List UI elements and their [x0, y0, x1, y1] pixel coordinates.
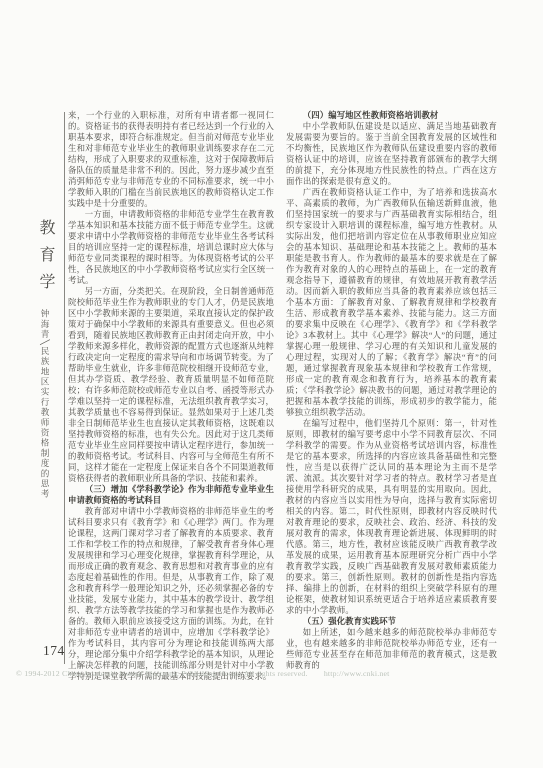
paragraph: 教育部对申请中小学教师资格的非师范毕业生的考试科目要求只有《教育学》和《心理学》… — [68, 506, 274, 682]
journal-scan-page: 教育学 钟海青╲民族地区实行教师资格制度的思考 174 来，一个行业的入职标准，… — [0, 0, 543, 768]
sidebar-category-label: 教育学 — [34, 219, 57, 300]
paragraph: 广西在教师资格认证工作中，为了培养和选拔高水平、高素质的教师，为广西教师队伍输送… — [286, 187, 497, 418]
paragraph: 来，一个行业的入职标准，对所有申请者都一视同仁的。资格证书的获得表明持有者已经达… — [68, 110, 274, 209]
section-heading: （四）编写地区性教师资格培训教材 — [286, 110, 497, 121]
page-number: 174 — [43, 643, 65, 659]
cnki-url: http://www.cnki.net — [324, 669, 390, 678]
paragraph: 如上所述，如今越来越多的师范院校举办非师范专业，也有越来越多的非师范院校举办师范… — [286, 627, 497, 671]
right-text-column: （四）编写地区性教师资格培训教材 中小学教师队伍建设是以适应、满足当地基础教育发… — [286, 110, 497, 671]
paragraph: 中小学教师队伍建设是以适应、满足当地基础教育发展需要为要旨的。鉴于当前全国教育发… — [286, 121, 497, 187]
section-heading: （三）增加《学科教学论》作为非师范专业毕业生申请教师资格的考试科目 — [68, 484, 274, 506]
copyright-text: © 1994-2012 China Academic Journal Elect… — [16, 669, 308, 678]
copyright-footer: © 1994-2012 China Academic Journal Elect… — [16, 669, 536, 678]
paragraph: 另一方面，分类把关。在现阶段，全日制普通师范院校师范毕业生作为教师职业的专门人才… — [68, 286, 274, 484]
sidebar-article-title: 钟海青╲民族地区实行教师资格制度的思考 — [39, 309, 51, 499]
paragraph: 一方面，申请教师资格的非师范专业学生在教育教学基本知识和基本技能方面不低于师范专… — [68, 209, 274, 286]
paragraph: 在编写过程中，他们坚持几个原则：第一，针对性原则，即教材的编写要考虑中小学不同教… — [286, 418, 497, 616]
section-heading: （五）强化教育实践环节 — [286, 616, 497, 627]
sidebar-divider-line — [64, 112, 65, 664]
left-text-column: 来，一个行业的入职标准，对所有申请者都一视同仁的。资格证书的获得表明持有者已经达… — [68, 110, 274, 682]
